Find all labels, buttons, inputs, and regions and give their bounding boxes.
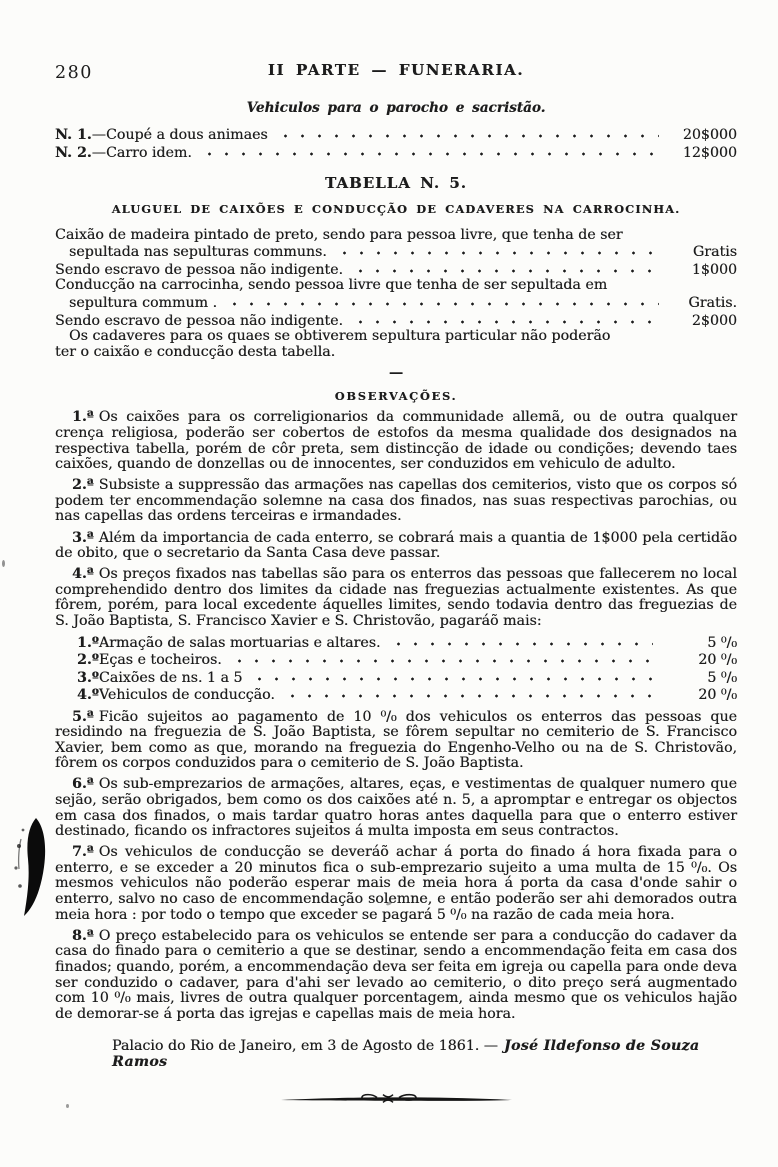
observation-paragraph: 8.ªO preço estabelecido para os vehiculo… — [55, 929, 737, 1023]
row-number: 1.º — [77, 636, 99, 652]
paragraph-text: Subsiste a suppressão das armações nas c… — [55, 477, 737, 524]
paragraph-number: 2.ª — [72, 477, 94, 493]
vehicle-rows: N. 1.—Coupé a dous animaes20$000N. 2.—Ca… — [55, 126, 737, 161]
row-intro: Conducção na carrocinha, sendo pessoa li… — [55, 278, 737, 294]
tailpiece-ornament — [279, 1090, 514, 1108]
dot-leader — [231, 651, 653, 664]
running-header: II PARTE — FUNERARIA. — [55, 0, 737, 79]
row-number: N. 1. — [55, 128, 92, 144]
tabella-price-line: sepultura commum .Gratis. — [55, 294, 737, 312]
row-value: 20 ⁰/₀ — [663, 688, 737, 704]
vehicles-caption: Vehiculos para o parocho e sacristão. — [55, 101, 737, 117]
scanned-document-page: 280 II PARTE — FUNERARIA. Vehiculos para… — [0, 0, 778, 1167]
dot-leader — [277, 126, 659, 139]
text-block: II PARTE — FUNERARIA. Vehiculos para o p… — [0, 0, 778, 1108]
section-divider-dash: — — [55, 366, 737, 380]
observation-paragraph: 3.ªAlém da importancia de cada enterro, … — [55, 531, 737, 562]
row-value: Gratis. — [669, 296, 737, 312]
tabella-row: Caixão de madeira pintado de preto, send… — [55, 228, 737, 261]
ink-speck — [66, 1104, 69, 1108]
dot-leader — [352, 261, 659, 274]
row-intro: Caixão de madeira pintado de preto, send… — [55, 228, 737, 244]
row-value: 20$000 — [669, 128, 737, 144]
tabella-note: Os cadaveres para os quaes se obtiverem … — [55, 329, 737, 360]
tabella-price-line: sepultada nas sepulturas communs.Gratis — [55, 243, 737, 261]
paragraph-number: 3.ª — [72, 530, 94, 546]
row-number: N. 2. — [55, 146, 92, 162]
surcharge-row: 1.ºArmação de salas mortuarias e altares… — [77, 634, 737, 652]
paragraph-number: 8.ª — [72, 928, 94, 944]
dot-leader — [201, 144, 659, 157]
row-label: —Coupé a dous animaes — [92, 128, 268, 144]
row-label: Caixões de ns. 1 a 5 — [99, 671, 243, 687]
row-label: Sendo escravo de pessoa não indigente. — [55, 314, 343, 330]
tabella-row: Sendo escravo de pessoa não indigente.1$… — [55, 261, 737, 279]
row-number: 3.º — [77, 671, 99, 687]
vehicle-row: N. 1.—Coupé a dous animaes20$000 — [55, 126, 737, 144]
paragraph-text: O preço estabelecido para os vehiculos s… — [55, 928, 737, 1022]
surcharge-row: 2.ºEças e tocheiros.20 ⁰/₀ — [77, 651, 737, 669]
page-number: 280 — [55, 66, 93, 82]
paragraph-text: Além da importancia de cada enterro, se … — [55, 530, 737, 562]
observation-paragraph: 1.ªOs caixões para os correligionarios d… — [55, 410, 737, 472]
note-line: ter o caixão e conducção desta tabella. — [55, 345, 737, 361]
tabella-row: Conducção na carrocinha, sendo pessoa li… — [55, 278, 737, 311]
paragraph-number: 1.ª — [72, 409, 94, 425]
surcharge-list: 1.ºArmação de salas mortuarias e altares… — [55, 634, 737, 704]
observation-paragraph: 4.ªOs preços fixados nas tabellas são pa… — [55, 567, 737, 629]
paragraph-number: 5.ª — [72, 709, 94, 725]
observation-paragraph: 7.ªOs vehiculos de conducção se deveráõ … — [55, 845, 737, 923]
ink-blot — [8, 816, 50, 918]
observations-heading: OBSERVAÇÕES. — [55, 389, 737, 405]
row-value: 1$000 — [669, 263, 737, 279]
tabella-price-line: Sendo escravo de pessoa não indigente.1$… — [55, 261, 737, 279]
paragraph-number: 6.ª — [72, 776, 94, 792]
tabella-row: Sendo escravo de pessoa não indigente.2$… — [55, 312, 737, 330]
paragraph-text: Ficão sujeitos ao pagamento de 10 ⁰/₀ do… — [55, 709, 737, 772]
dot-leader — [336, 243, 659, 256]
tabella-price-line: Sendo escravo de pessoa não indigente.2$… — [55, 312, 737, 330]
row-number: 2.º — [77, 653, 99, 669]
row-label: Eças e tocheiros. — [99, 653, 222, 669]
paragraph-text: Os preços fixados nas tabellas são para … — [55, 566, 737, 629]
row-value: Gratis — [669, 245, 737, 261]
row-value: 12$000 — [669, 146, 737, 162]
observation-paragraph: 5.ªFicão sujeitos ao pagamento de 10 ⁰/₀… — [55, 710, 737, 772]
dot-leader — [284, 686, 653, 699]
vehicle-row: N. 2.—Carro idem.12$000 — [55, 144, 737, 162]
row-number: 4.º — [77, 688, 99, 704]
dot-leader — [251, 669, 653, 682]
row-value: 2$000 — [669, 314, 737, 330]
observations-a: 1.ªOs caixões para os correligionarios d… — [55, 410, 737, 629]
row-label: —Carro idem. — [92, 146, 192, 162]
row-value: 5 ⁰/₀ — [663, 636, 737, 652]
observation-paragraph: 2.ªSubsiste a suppressão das armações na… — [55, 478, 737, 525]
paragraph-text: Os vehiculos de conducção se deveráõ ach… — [55, 844, 737, 922]
ink-speck — [2, 560, 5, 567]
signature-line: Palacio do Rio de Janeiro, em 3 de Agost… — [55, 1039, 737, 1070]
signature-place-date: Palacio do Rio de Janeiro, em 3 de Agost… — [112, 1038, 498, 1054]
paragraph-text: Os sub-emprezarios de armações, altares,… — [55, 776, 737, 839]
tabella-caption: ALUGUEL DE CAIXÕES E CONDUCÇÃO DE CADAVE… — [55, 202, 737, 218]
row-label: sepultada nas sepulturas communs. — [69, 245, 327, 261]
row-label: sepultura commum . — [69, 296, 217, 312]
row-label: Armação de salas mortuarias e altares. — [99, 636, 381, 652]
observation-paragraph: 6.ªOs sub-emprezarios de armações, altar… — [55, 777, 737, 839]
tabella-rows: Caixão de madeira pintado de preto, send… — [55, 228, 737, 330]
row-label: Sendo escravo de pessoa não indigente. — [55, 263, 343, 279]
row-value: 5 ⁰/₀ — [663, 671, 737, 687]
surcharge-row: 3.ºCaixões de ns. 1 a 55 ⁰/₀ — [77, 669, 737, 687]
tabella-title: TABELLA N. 5. — [55, 176, 737, 192]
dot-leader — [390, 634, 654, 647]
row-label: Vehiculos de conducção. — [99, 688, 275, 704]
paragraph-number: 4.ª — [72, 566, 94, 582]
observations-b: 5.ªFicão sujeitos ao pagamento de 10 ⁰/₀… — [55, 710, 737, 1023]
surcharge-row: 4.ºVehiculos de conducção.20 ⁰/₀ — [77, 686, 737, 704]
row-value: 20 ⁰/₀ — [663, 653, 737, 669]
note-line: Os cadaveres para os quaes se obtiverem … — [55, 329, 737, 345]
paragraph-text: Os caixões para os correligionarios da c… — [55, 409, 737, 472]
dot-leader — [352, 312, 659, 325]
dot-leader — [226, 294, 659, 307]
paragraph-number: 7.ª — [72, 844, 94, 860]
